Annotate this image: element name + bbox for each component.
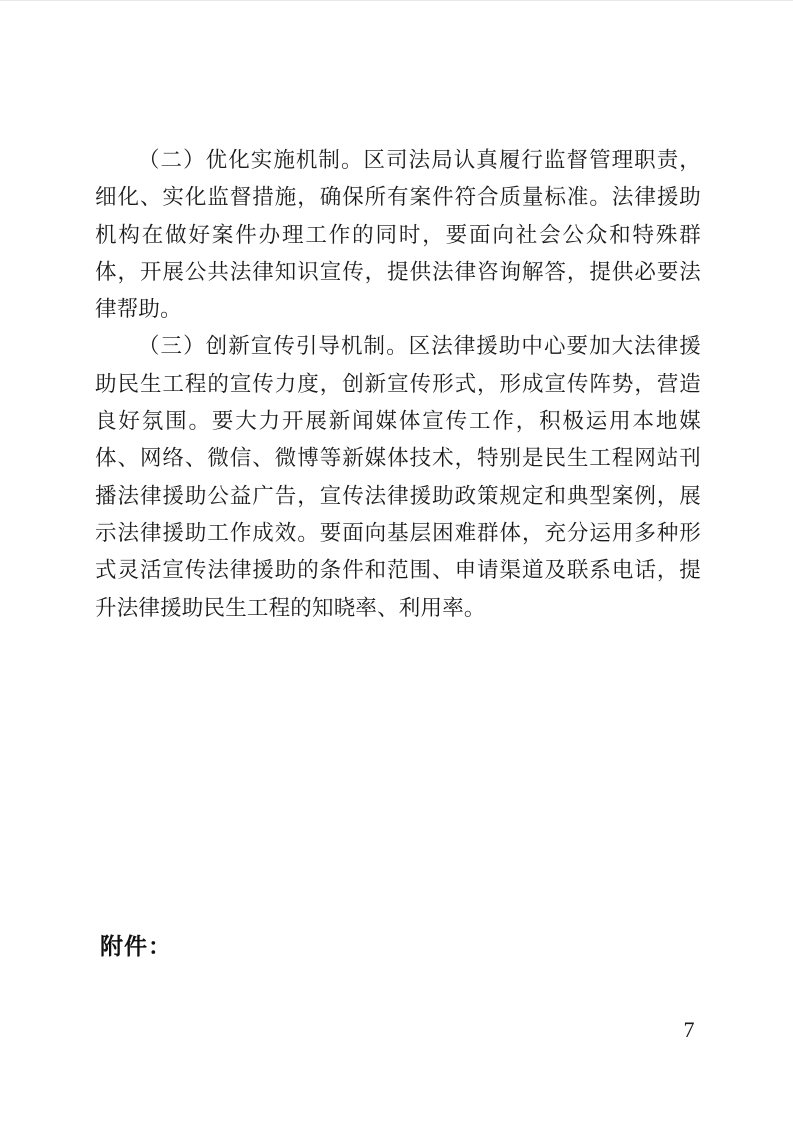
paragraph-2: （二）优化实施机制。区司法局认真履行监督管理职责，细化、实化监督措施，确保所有案… — [95, 142, 701, 328]
body-text: （二）优化实施机制。区司法局认真履行监督管理职责，细化、实化监督措施，确保所有案… — [95, 142, 701, 627]
paragraph-3: （三）创新宣传引导机制。区法律援助中心要加大法律援助民生工程的宣传力度，创新宣传… — [95, 328, 701, 626]
page-number: 7 — [676, 1017, 702, 1043]
document-page: （二）优化实施机制。区司法局认真履行监督管理职责，细化、实化监督措施，确保所有案… — [0, 0, 793, 1122]
attachment-label: 附件： — [100, 928, 172, 961]
